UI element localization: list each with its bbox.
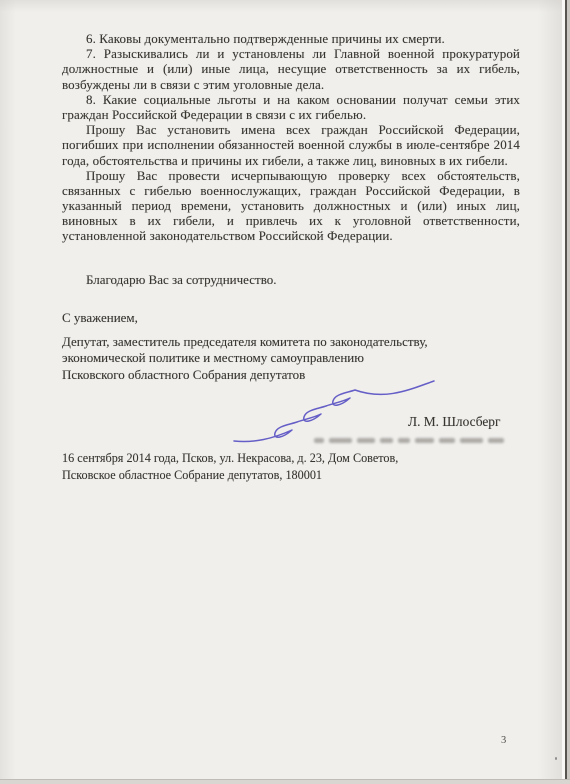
letter-body: 6. Каковы документально подтвержденные п… — [62, 31, 520, 244]
page-number: 3 — [501, 735, 506, 746]
date-address-block: 16 сентября 2014 года, Псков, ул. Некрас… — [62, 450, 482, 483]
body-line: 8. Какие социальные льготы и на каком ос… — [62, 92, 520, 107]
body-line: граждан Российской Федерации в связи с и… — [62, 107, 520, 122]
blur-segment — [415, 438, 434, 443]
address-line: 16 сентября 2014 года, Псков, ул. Некрас… — [62, 450, 482, 467]
body-line: Прошу Вас провести исчерпывающую проверк… — [62, 168, 520, 183]
blur-segment — [314, 438, 324, 443]
body-line: связанных с гибелью военнослужащих, граж… — [62, 183, 520, 198]
body-line: Прошу Вас установить имена всех граждан … — [62, 122, 520, 137]
scan-edge-bottom — [0, 780, 570, 784]
scanned-letter-page: 6. Каковы документально подтвержденные п… — [0, 0, 570, 784]
closing-line: С уважением, — [62, 310, 138, 326]
scan-edge-top — [0, 0, 570, 12]
paper-speck — [555, 757, 557, 760]
blur-segment — [460, 438, 483, 443]
body-line: установленной законодательством Российск… — [62, 228, 520, 243]
body-line: 6. Каковы документально подтвержденные п… — [62, 31, 520, 46]
body-line: возбуждены ли в связи с этим уголовные д… — [62, 77, 520, 92]
blur-segment — [357, 438, 375, 443]
signer-title-line: экономической политике и местному самоуп… — [62, 350, 492, 366]
signer-name: Л. М. Шлосберг — [408, 414, 500, 430]
body-line: погибших при исполнении обязанностей вое… — [62, 137, 520, 152]
redacted-contact-blur — [314, 435, 504, 445]
body-line: виновных в их гибели, и привлечь их к уг… — [62, 213, 520, 228]
blur-segment — [398, 438, 410, 443]
blur-segment — [329, 438, 352, 443]
signer-title-line: Депутат, заместитель председателя комите… — [62, 334, 492, 350]
blur-segment — [439, 438, 455, 443]
blur-segment — [488, 438, 504, 443]
scan-edge-left — [0, 0, 16, 784]
body-line: 7. Разыскивались ли и установлены ли Гла… — [62, 46, 520, 61]
address-line: Псковское областное Собрание депутатов, … — [62, 467, 482, 484]
thanks-line: Благодарю Вас за сотрудничество. — [62, 272, 520, 288]
body-line: года, обстоятельства и причины их гибели… — [62, 153, 520, 168]
body-line: указанный период времени, установить дол… — [62, 198, 520, 213]
body-line: должностные и (или) иные лица, несущие о… — [62, 61, 520, 76]
scan-edge-right-shadow — [538, 0, 562, 784]
blur-segment — [380, 438, 394, 443]
